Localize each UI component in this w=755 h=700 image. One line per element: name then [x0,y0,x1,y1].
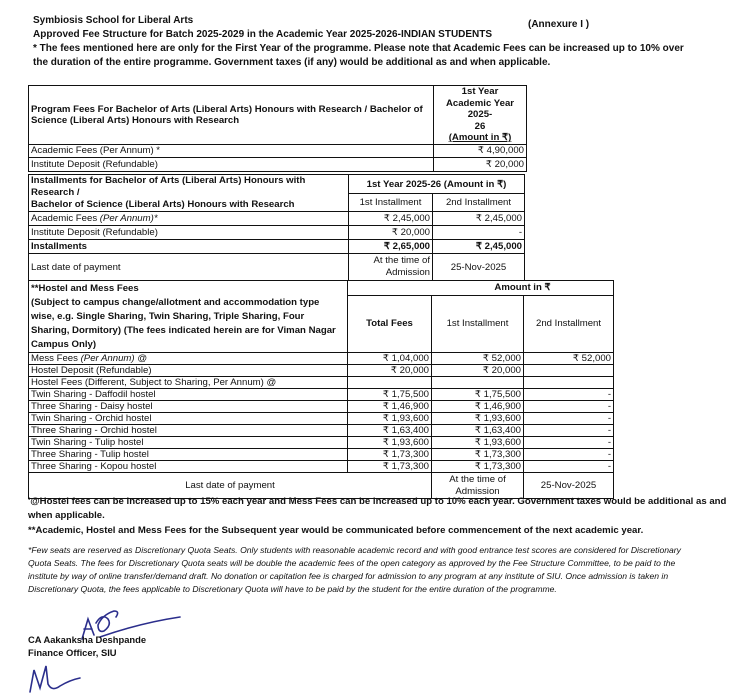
table-row: Institute Deposit (Refundable) ₹ 20,000 … [29,226,525,240]
table-row: Last date of payment At the time of Admi… [29,254,525,281]
row-label: Institute Deposit (Refundable) [29,157,434,171]
table-row: Twin Sharing - Tulip hostel₹ 1,93,600₹ 1… [29,437,614,449]
second-amount: - [524,461,614,473]
annexure-label: (Annexure I ) [528,18,589,32]
document-title: Approved Fee Structure for Batch 2025-20… [33,28,492,42]
label-text: Hostel Deposit (Refundable) [31,365,152,376]
table-row: Twin Sharing - Daffodil hostel₹ 1,75,500… [29,389,614,401]
label-text: Twin Sharing - Daffodil hostel [31,389,156,400]
total-amount: ₹ 1,04,000 [348,353,432,365]
second-due: 25-Nov-2025 [433,254,525,281]
total-amount: ₹ 1,93,600 [348,437,432,449]
row-label: Three Sharing - Daisy hostel [29,401,348,413]
label-text: Mess Fees [31,353,81,364]
program-fees-title: Program Fees For Bachelor of Arts (Liber… [29,86,434,145]
initials-signature-icon [26,660,86,696]
total-amount: ₹ 1,73,300 [348,461,432,473]
table-row: Three Sharing - Orchid hostel₹ 1,63,400₹… [29,425,614,437]
row-amount: ₹ 20,000 [434,157,527,171]
table-row: Academic Fees (Per Annum) * ₹ 4,90,000 [29,144,527,157]
table-row: Academic Fees (Per Annum)* ₹ 2,45,000 ₹ … [29,212,525,226]
row-label: Hostel Deposit (Refundable) [29,365,348,377]
subsequent-year-note: **Academic, Hostel and Mess Fees for the… [28,524,753,538]
hostel-increase-note: '@Hostel fees can be increased up to 15%… [28,495,753,522]
total-amount [348,377,432,389]
note-line: when applicable. [28,509,753,523]
col-second-installment: 2nd Installment [433,194,525,212]
label-italic: (Per Annum) @ [81,353,147,364]
table-row: Mess Fees (Per Annum) @₹ 1,04,000₹ 52,00… [29,353,614,365]
fees-note-line-2: the duration of the entire programme. Go… [33,56,753,70]
installments-table: Installments for Bachelor of Arts (Liber… [28,174,525,281]
col-header-line: 1st Year [436,86,524,98]
first-amount: ₹ 1,46,900 [432,401,524,413]
table-row: Institute Deposit (Refundable) ₹ 20,000 [29,157,527,171]
table-row: Installments ₹ 2,65,000 ₹ 2,45,000 [29,240,525,254]
first-amount [432,377,524,389]
first-amount: ₹ 20,000 [349,226,433,240]
program-fees-table: Program Fees For Bachelor of Arts (Liber… [28,85,527,172]
total-amount: ₹ 1,46,900 [348,401,432,413]
label-text: Three Sharing - Orchid hostel [31,425,157,436]
first-amount: ₹ 2,65,000 [349,240,433,254]
table-row: Hostel Deposit (Refundable)₹ 20,000₹ 20,… [29,365,614,377]
note-line: institute by way of online transfer/dema… [28,570,753,583]
hostel-subtitle: (Subject to campus change/allotment and … [31,296,345,352]
row-amount: ₹ 4,90,000 [434,144,527,157]
second-amount: - [433,226,525,240]
row-label: Twin Sharing - Tulip hostel [29,437,348,449]
signatory-name: CA Aakanksha Deshpande [28,634,146,647]
table-row: Three Sharing - Daisy hostel₹ 1,46,900₹ … [29,401,614,413]
note-line: Quota Seats. The fees for Discretionary … [28,557,753,570]
col-second-installment: 2nd Installment [524,295,614,352]
second-amount: - [524,437,614,449]
second-amount: ₹ 2,45,000 [433,212,525,226]
title-line: Bachelor of Science (Liberal Arts) Honou… [31,199,346,211]
group-header-text: Amount in ₹ [494,282,550,293]
installments-group-header: 1st Year 2025-26 (Amount in ₹) [349,175,525,194]
second-amount [524,377,614,389]
row-label: Twin Sharing - Daffodil hostel [29,389,348,401]
row-label: Last date of payment [29,254,349,281]
label-text: Hostel Fees (Different, Subject to Shari… [31,377,276,388]
label-text: Twin Sharing - Tulip hostel [31,437,144,448]
col-header-line: 26 [436,121,524,133]
row-label: Academic Fees (Per Annum)* [29,212,349,226]
program-fees-col-header: 1st Year Academic Year 2025- 26 (Amount … [434,86,527,145]
label-text: Three Sharing - Daisy hostel [31,401,153,412]
first-amount: ₹ 2,45,000 [349,212,433,226]
installments-title: Installments for Bachelor of Arts (Liber… [29,175,349,212]
second-amount: ₹ 52,000 [524,353,614,365]
first-amount: ₹ 1,75,500 [432,389,524,401]
label-text: Three Sharing - Kopou hostel [31,461,156,472]
fees-note-line-1: * The fees mentioned here are only for t… [33,42,753,56]
table-row: Twin Sharing - Orchid hostel₹ 1,93,600₹ … [29,413,614,425]
total-amount: ₹ 1,75,500 [348,389,432,401]
first-due: At the time of Admission [349,254,433,281]
second-amount: ₹ 2,45,000 [433,240,525,254]
total-amount: ₹ 1,63,400 [348,425,432,437]
first-amount: ₹ 1,73,300 [432,449,524,461]
due-line: At the time of [434,474,521,486]
second-amount: - [524,389,614,401]
col-total-fees: Total Fees [348,295,432,352]
row-label: Hostel Fees (Different, Subject to Shari… [29,377,348,389]
title-line: Installments for Bachelor of Arts (Liber… [31,175,346,199]
col-first-installment: 1st Installment [432,295,524,352]
row-label: Mess Fees (Per Annum) @ [29,353,348,365]
hostel-title: **Hostel and Mess Fees [31,282,345,296]
second-amount: - [524,449,614,461]
first-amount: ₹ 1,73,300 [432,461,524,473]
total-amount: ₹ 20,000 [348,365,432,377]
school-name: Symbiosis School for Liberal Arts [33,14,193,28]
second-amount: - [524,413,614,425]
first-amount: ₹ 1,93,600 [432,437,524,449]
note-line: '@Hostel fees can be increased up to 15%… [28,495,753,509]
fees-note: * The fees mentioned here are only for t… [33,42,753,70]
row-label: Institute Deposit (Refundable) [29,226,349,240]
signatory-designation: Finance Officer, SIU [28,647,117,660]
hostel-group-header: Amount in ₹ [348,281,614,296]
table-row: Three Sharing - Kopou hostel₹ 1,73,300₹ … [29,461,614,473]
row-label: Three Sharing - Orchid hostel [29,425,348,437]
label-text: Twin Sharing - Orchid hostel [31,413,152,424]
table-row: Three Sharing - Tulip hostel₹ 1,73,300₹ … [29,449,614,461]
first-amount: ₹ 1,93,600 [432,413,524,425]
second-amount: - [524,425,614,437]
second-amount [524,365,614,377]
label-text: Three Sharing - Tulip hostel [31,449,149,460]
label-italic: (Per Annum)* [100,213,158,224]
table-row: Hostel Fees (Different, Subject to Shari… [29,377,614,389]
col-header-line: (Amount in ₹) [436,132,524,144]
row-label: Installments [29,240,349,254]
second-amount: - [524,401,614,413]
note-line: Discretionary Quota, the fees applicable… [28,583,753,596]
due-line: Admission [351,267,430,279]
discretionary-quota-note: *Few seats are reserved as Discretionary… [28,544,753,596]
first-amount: ₹ 1,63,400 [432,425,524,437]
row-label: Twin Sharing - Orchid hostel [29,413,348,425]
total-amount: ₹ 1,73,300 [348,449,432,461]
row-label: Academic Fees (Per Annum) * [29,144,434,157]
hostel-title-cell: **Hostel and Mess Fees (Subject to campu… [29,281,348,353]
note-line: *Few seats are reserved as Discretionary… [28,544,753,557]
col-header-line: Academic Year 2025- [436,98,524,121]
col-first-installment: 1st Installment [349,194,433,212]
row-label: Three Sharing - Kopou hostel [29,461,348,473]
label-text: Academic Fees [31,213,100,224]
hostel-fees-table: **Hostel and Mess Fees (Subject to campu… [28,280,614,499]
first-amount: ₹ 20,000 [432,365,524,377]
first-amount: ₹ 52,000 [432,353,524,365]
total-amount: ₹ 1,93,600 [348,413,432,425]
due-line: At the time of [351,255,430,267]
row-label: Three Sharing - Tulip hostel [29,449,348,461]
